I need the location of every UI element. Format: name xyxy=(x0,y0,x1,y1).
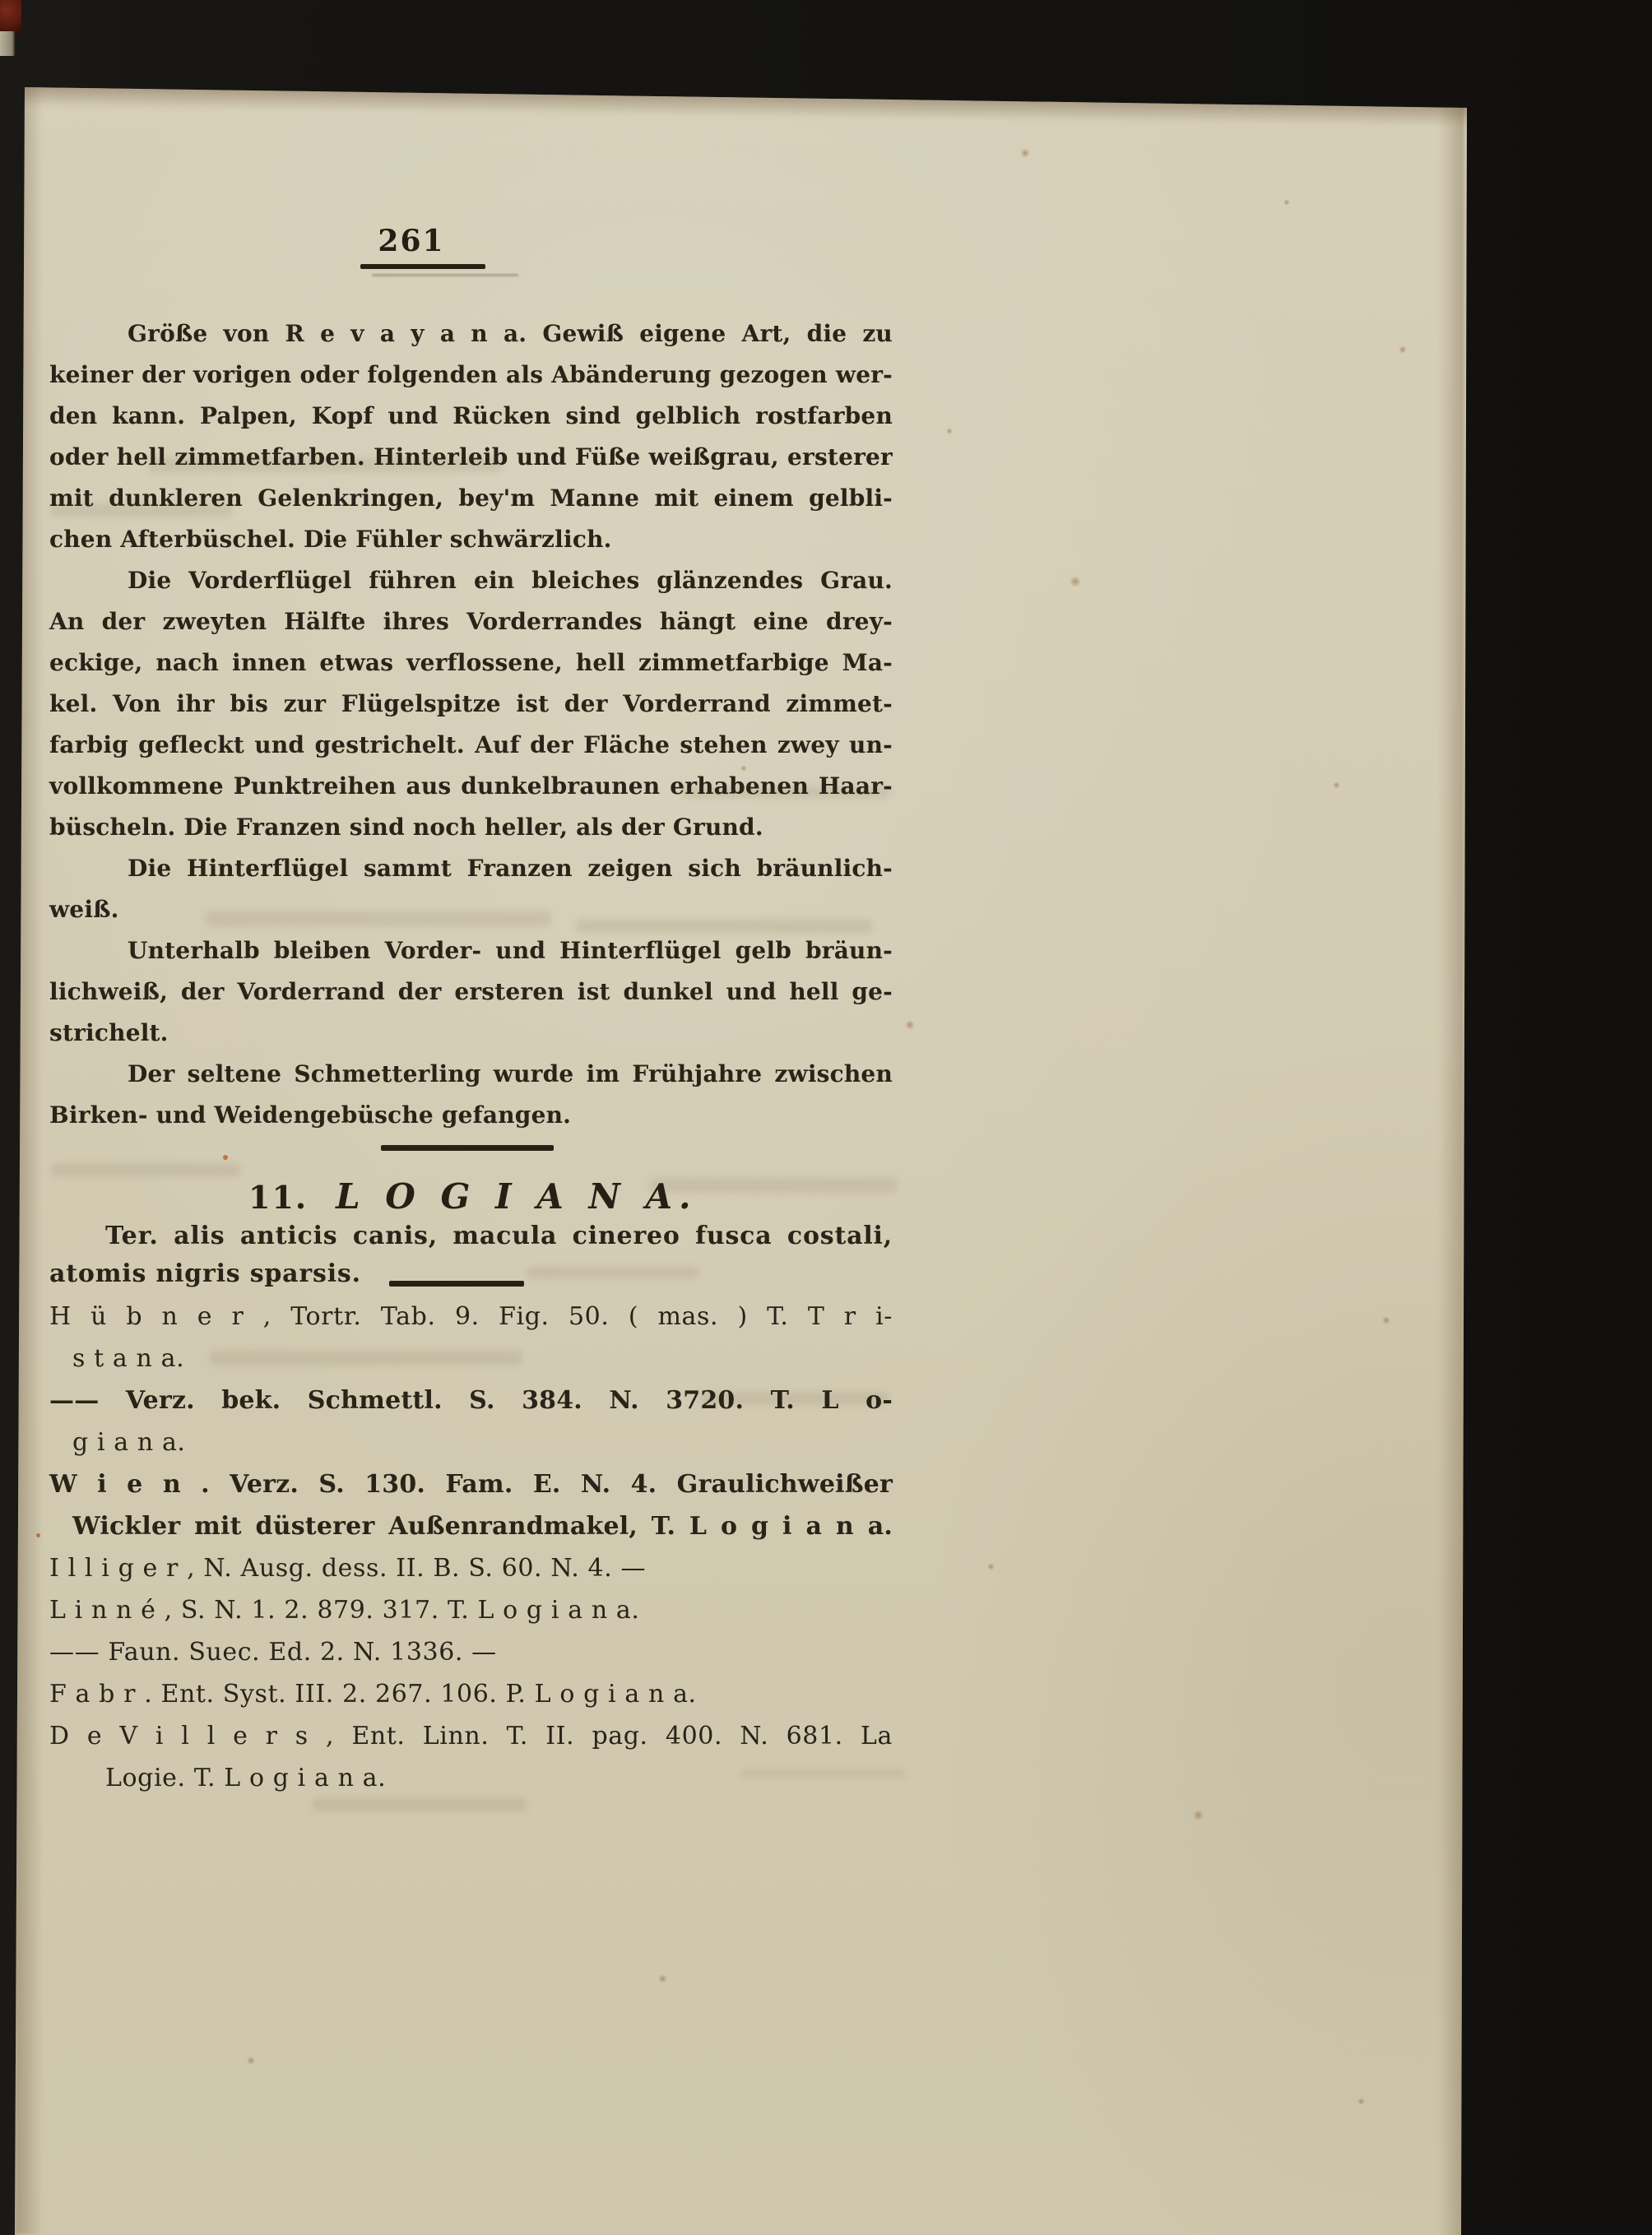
ink-fleck xyxy=(223,1155,228,1160)
reference-line: —— Faun. Suec. Ed. 2. N. 1336. — xyxy=(49,1634,893,1675)
marbled-binding-edge xyxy=(0,0,21,33)
body-line: oder hell zimmetfarben. Hinterleib und F… xyxy=(49,438,893,480)
book-scan: 261 Größe von R e v a y a n a. Gewiß eig… xyxy=(0,0,1652,2235)
reference-line: I l l i g e r , N. Ausg. dess. II. B. S.… xyxy=(49,1550,893,1591)
reference-line: F a b r . Ent. Syst. III. 2. 267. 106. P… xyxy=(49,1676,893,1717)
foxing-speck xyxy=(658,1974,667,1983)
species-heading: 11.L O G I A N A. xyxy=(248,1176,698,1221)
page-left-shadow xyxy=(15,82,43,2235)
foxing-speck xyxy=(1333,781,1340,789)
reference-line: D e V i l l e r s , Ent. Linn. T. II. pa… xyxy=(49,1718,893,1759)
scanned-page: 261 Größe von R e v a y a n a. Gewiß eig… xyxy=(0,0,1652,2235)
foxing-speck xyxy=(1399,345,1407,354)
section-separator-rule xyxy=(381,1145,554,1151)
body-line: eckige, nach innen etwas verflossene, he… xyxy=(49,644,893,685)
foxing-speck xyxy=(1070,576,1081,587)
reference-line: Wickler mit düsterer Außenrandmakel, T. … xyxy=(49,1508,893,1549)
foxing-speck xyxy=(247,2056,255,2065)
body-line: Die Hinterflügel sammt Franzen zeigen si… xyxy=(49,850,893,891)
diagnosis-line: Ter. alis anticis canis, macula cinereo … xyxy=(49,1217,893,1259)
body-line: Unterhalb bleiben Vorder- und Hinterflüg… xyxy=(49,932,893,973)
body-line: Der seltene Schmetterling wurde im Frühj… xyxy=(49,1055,893,1097)
reference-line: L i n n é , S. N. 1. 2. 879. 317. T. L o… xyxy=(49,1592,893,1633)
reference-line: W i e n . Verz. S. 130. Fam. E. N. 4. Gr… xyxy=(49,1466,893,1507)
body-line: kel. Von ihr bis zur Flügelspitze ist de… xyxy=(49,685,893,726)
reference-line: s t a n a. xyxy=(49,1340,893,1381)
page-number: 261 xyxy=(366,224,457,262)
foxing-speck xyxy=(1283,199,1290,206)
foxing-speck xyxy=(946,428,953,434)
body-line: den kann. Palpen, Kopf und Rücken sind g… xyxy=(49,397,893,438)
species-number: 11. xyxy=(248,1179,308,1216)
page-top-shadow xyxy=(20,82,1472,128)
reference-line: —— Verz. bek. Schmettl. S. 384. N. 3720.… xyxy=(49,1382,893,1423)
body-line: mit dunkleren Gelenkringen, bey'm Manne … xyxy=(49,480,893,521)
underlying-page-edge xyxy=(0,31,15,56)
foxing-speck xyxy=(1382,1316,1390,1324)
page-number-rule xyxy=(360,264,485,269)
foxing-speck xyxy=(1193,1810,1204,1820)
page-number-rule-shadow xyxy=(372,274,518,276)
diagnosis-line: atomis nigris sparsis. xyxy=(49,1255,893,1296)
body-line: weiß. xyxy=(49,891,893,932)
reference-line: H ü b n e r , Tortr. Tab. 9. Fig. 50. ( … xyxy=(49,1298,893,1339)
body-line: farbig gefleckt und gestrichelt. Auf der… xyxy=(49,726,893,767)
body-line: chen Afterbüschel. Die Fühler schwärzlic… xyxy=(49,521,893,562)
foxing-speck xyxy=(1357,2098,1365,2105)
reference-line: Logie. T. L o g i a n a. xyxy=(49,1760,893,1801)
foxing-speck xyxy=(987,1563,995,1570)
foxing-speck xyxy=(1020,148,1030,158)
body-line: An der zweyten Hälfte ihres Vorderrandes… xyxy=(49,603,893,644)
body-line: Größe von R e v a y a n a. Gewiß eigene … xyxy=(49,315,893,356)
body-line: büscheln. Die Franzen sind noch heller, … xyxy=(49,809,893,850)
foxing-speck xyxy=(905,1020,915,1030)
species-title: L O G I A N A. xyxy=(336,1176,698,1217)
showthrough-smudge xyxy=(51,1163,240,1176)
diagnosis-rule xyxy=(389,1281,524,1287)
body-line: Die Vorderflügel führen ein bleiches glä… xyxy=(49,562,893,603)
body-line: strichelt. xyxy=(49,1014,893,1055)
body-line: keiner der vorigen oder folgenden als Ab… xyxy=(49,356,893,397)
body-line: Birken- und Weidengebüsche gefangen. xyxy=(49,1097,893,1138)
ink-fleck xyxy=(36,1533,40,1537)
body-line: vollkommene Punktreihen aus dunkelbraune… xyxy=(49,767,893,809)
reference-line: g i a n a. xyxy=(49,1424,893,1465)
body-line: lichweiß, der Vorderrand der ersteren is… xyxy=(49,973,893,1014)
page-right-shadow xyxy=(1438,99,1464,2235)
